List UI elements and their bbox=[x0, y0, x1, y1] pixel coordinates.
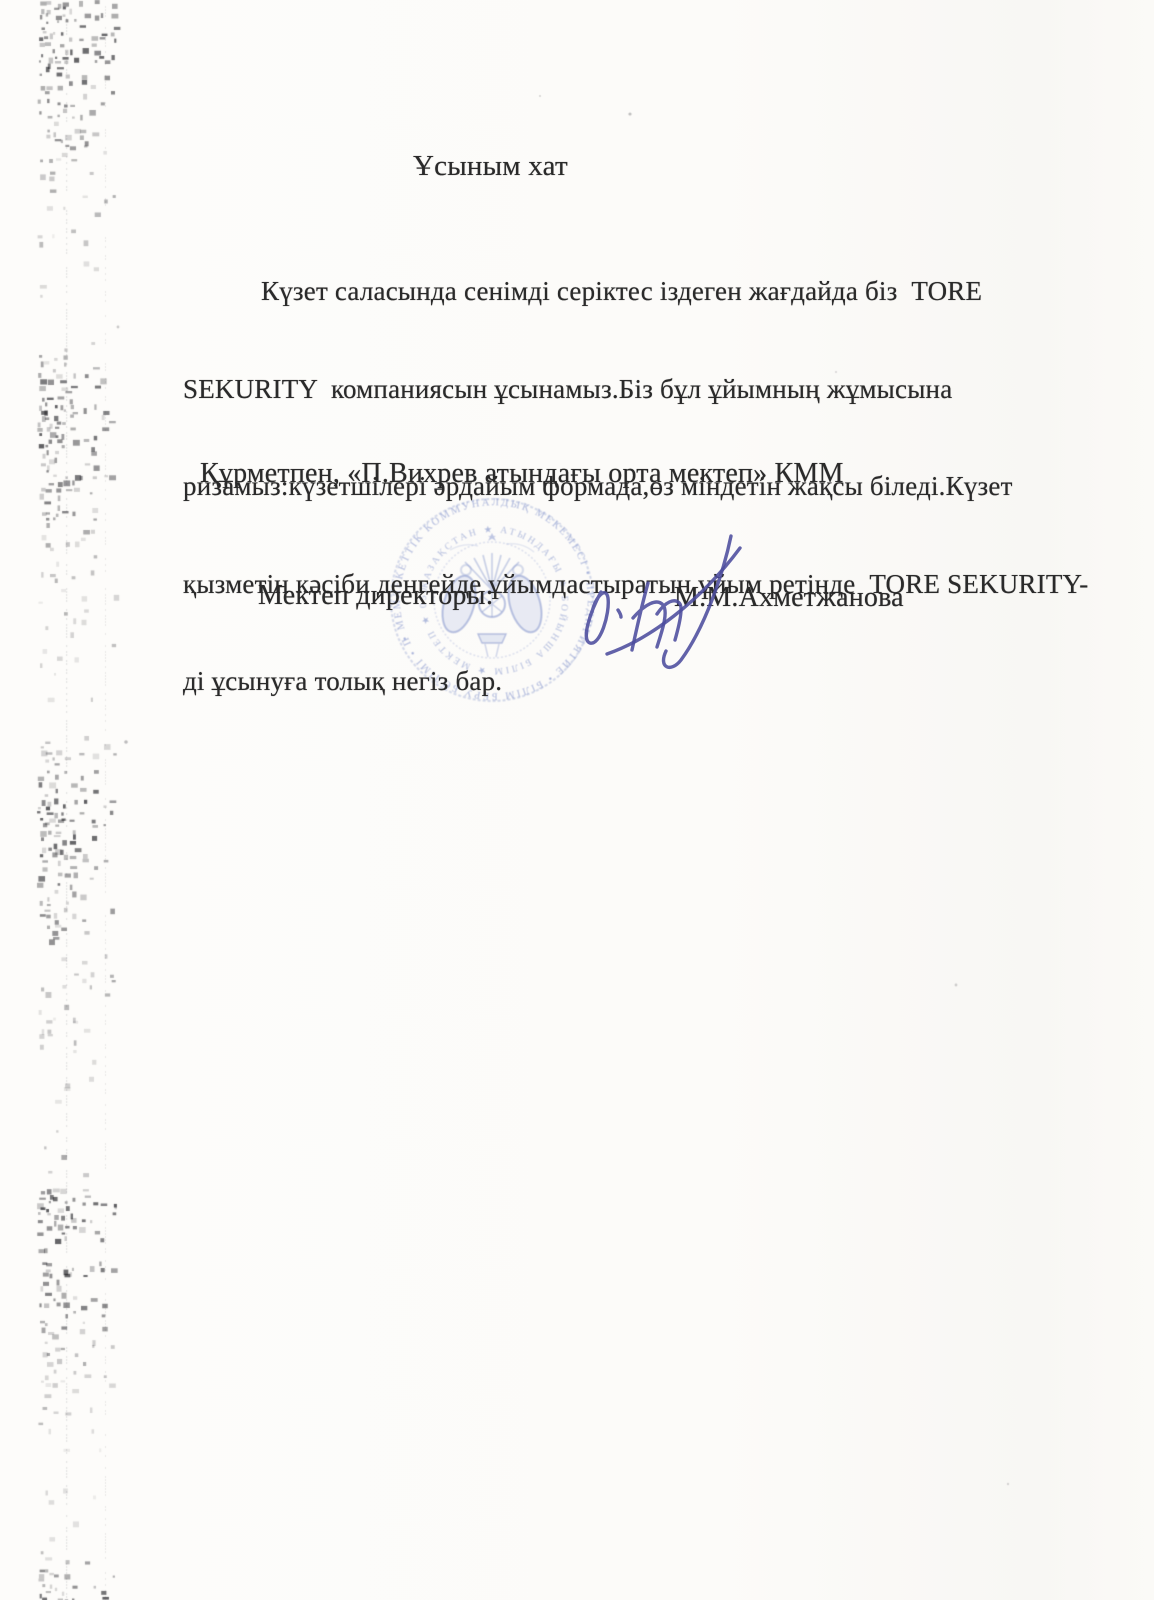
letter-text-layer: Ұсыным хат Күзет саласында сенімді серік… bbox=[0, 0, 1154, 1600]
signature-left-loop bbox=[586, 592, 608, 643]
body-line-1: Күзет саласында сенімді серіктес іздеген… bbox=[183, 275, 1088, 308]
signature-label: Мектеп директоры: bbox=[258, 580, 494, 612]
letter-title: Ұсыным хат bbox=[413, 150, 568, 183]
closing-line: Құрметпен, «П.Вихрев атындағы орта мекте… bbox=[200, 458, 844, 490]
handwritten-signature bbox=[560, 515, 780, 675]
signature-dot-stroke bbox=[618, 610, 621, 617]
scanned-letter-page: • МЕМЛЕКЕТТІК КОММУНАЛДЫҚ МЕКЕМЕСІ • ПРЕ… bbox=[0, 0, 1154, 1600]
body-line-2: SEKURITY компаниясын ұсынамыз.Біз бұл ұй… bbox=[183, 373, 1088, 406]
